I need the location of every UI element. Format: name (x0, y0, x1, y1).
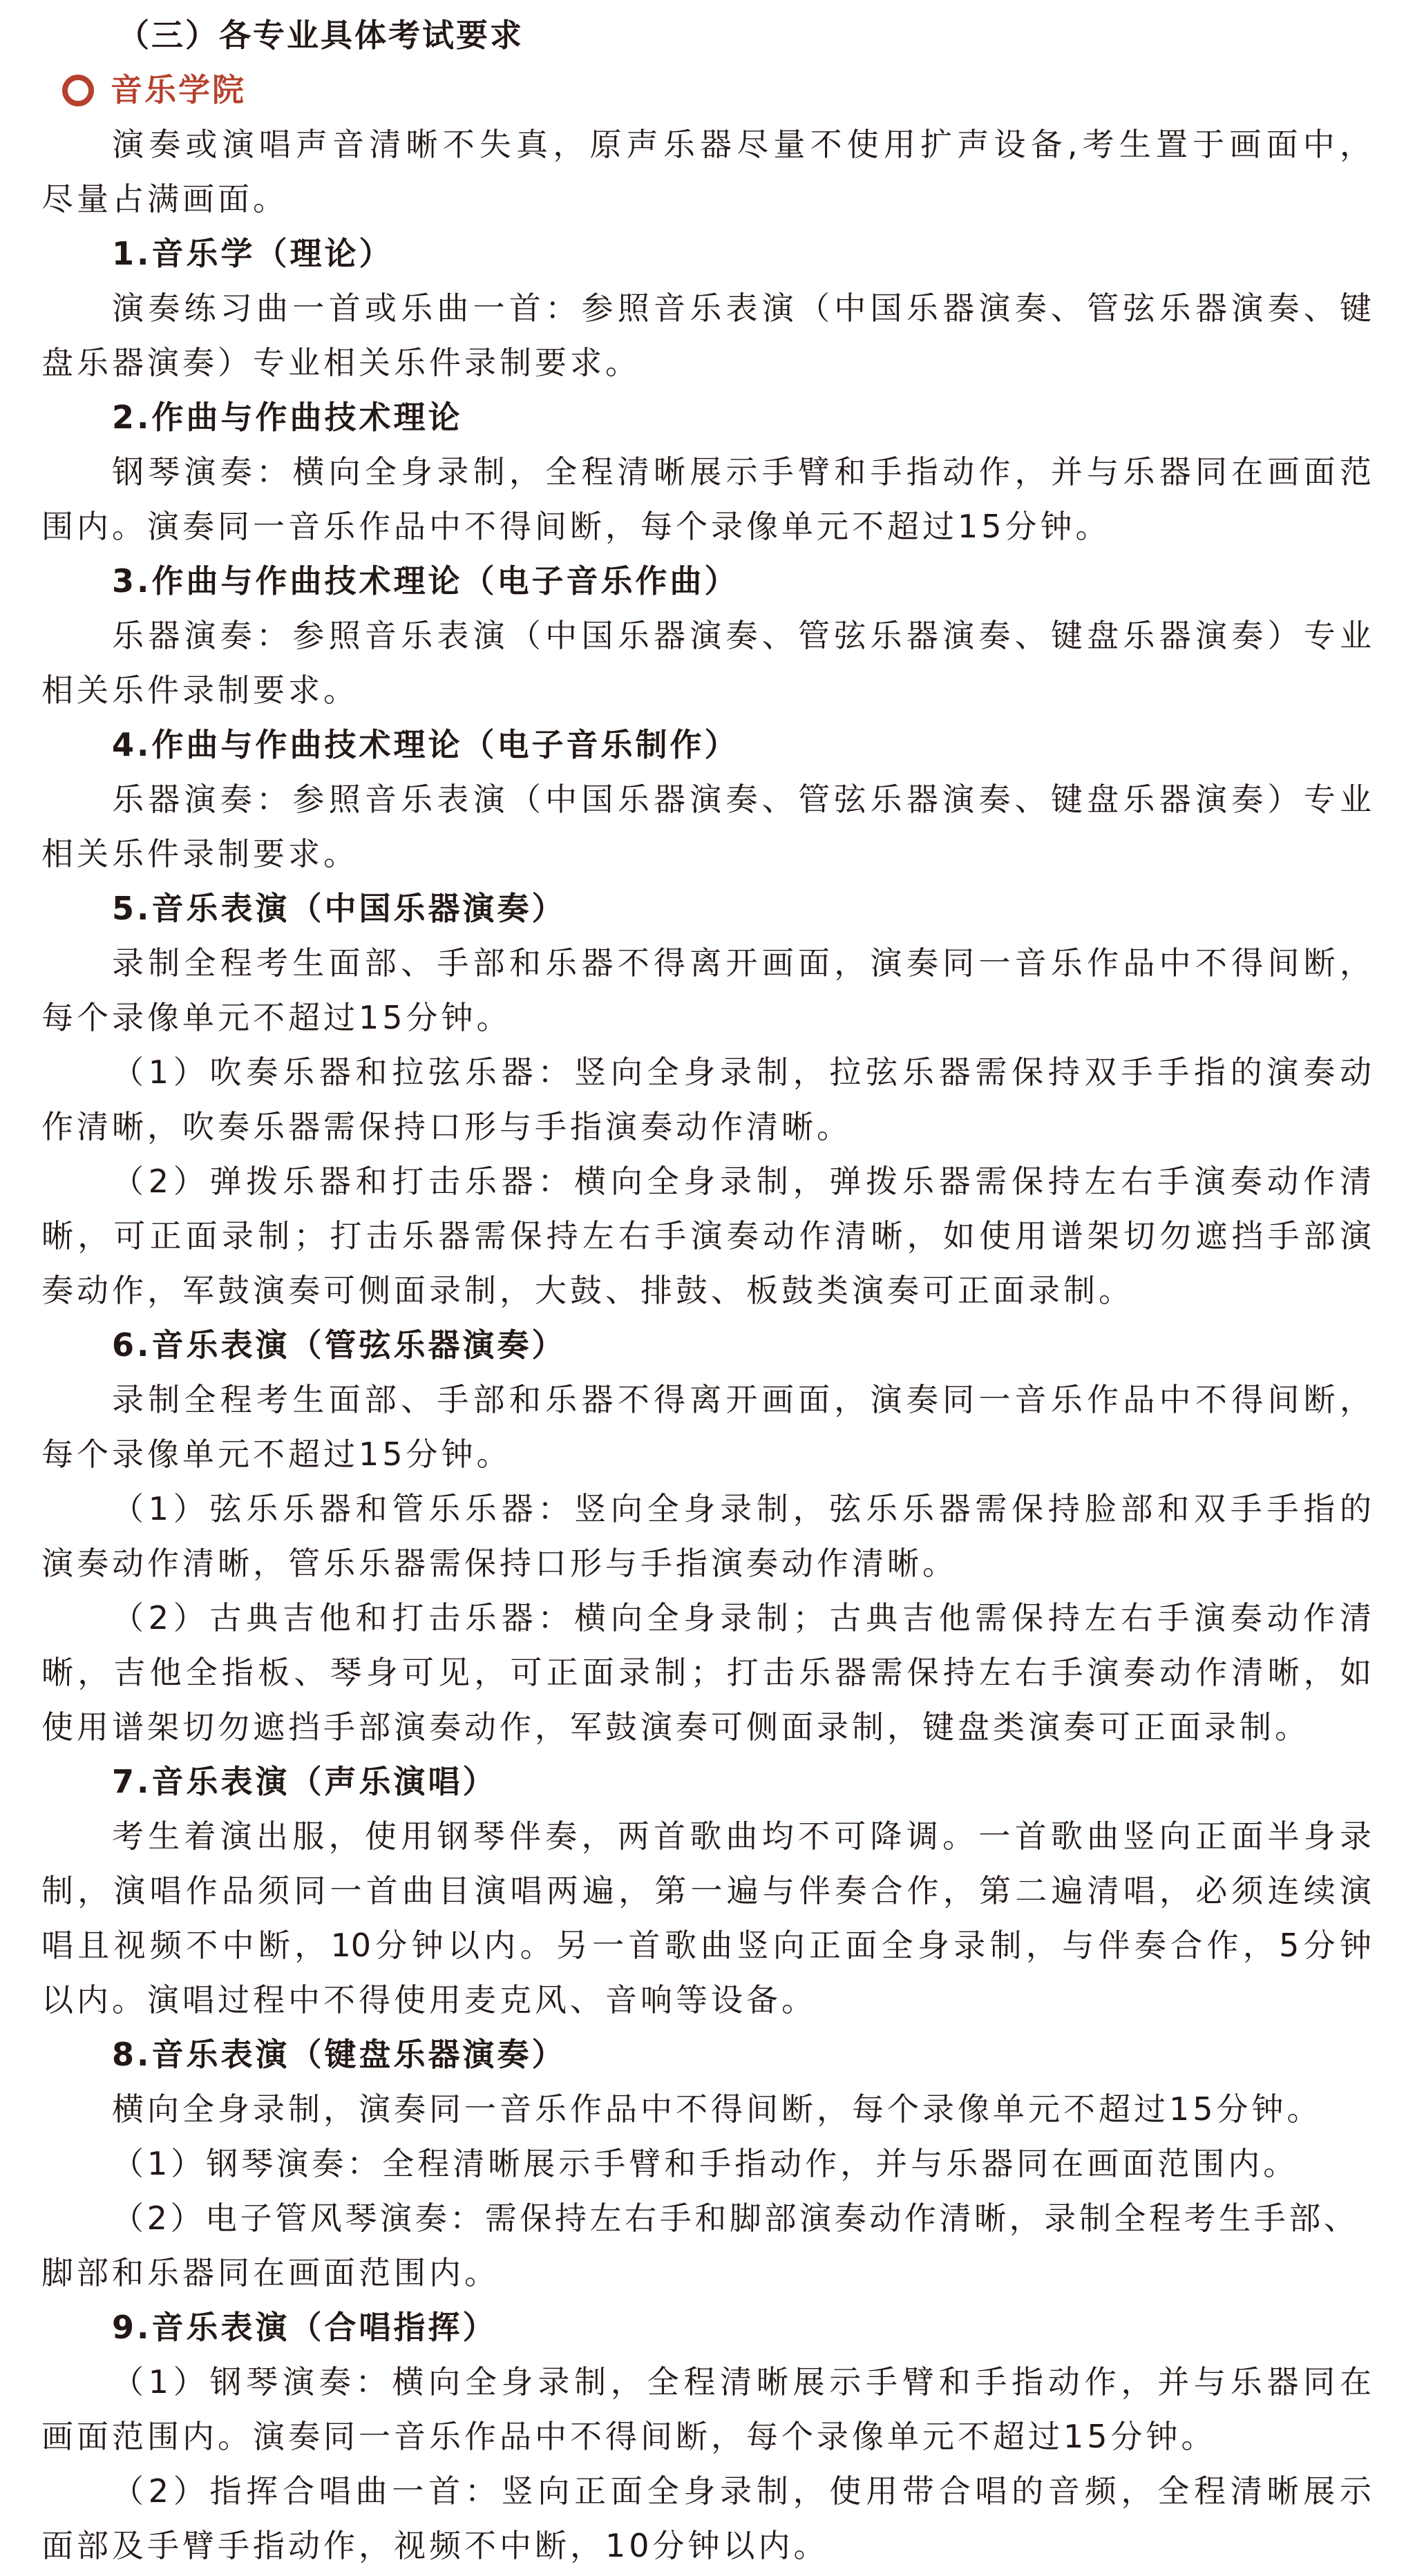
major-heading-3: 3.作曲与作曲技术理论（电子音乐作曲） (112, 554, 739, 609)
circle-ring-icon (62, 75, 94, 106)
paragraph-line: 每个录像单元不超过15分钟。 (41, 991, 512, 1045)
major-heading-8: 8.音乐表演（键盘乐器演奏） (112, 2028, 566, 2082)
section-heading: 音乐学院 (111, 63, 246, 117)
paragraph-line: 脚部和乐器同在画面范围内。 (41, 2246, 500, 2300)
paragraph-line: 相关乐件录制要求。 (41, 663, 359, 718)
paragraph-line: （2）电子管风琴演奏：需保持左右手和脚部演奏动作清晰，录制全程考生手部、 (112, 2191, 1356, 2246)
paragraph-line: 作清晰，吹奏乐器需保持口形与手指演奏动作清晰。 (41, 1100, 852, 1154)
paragraph-line: 钢琴演奏：横向全身录制，全程清晰展示手臂和手指动作，并与乐器同在画面范 (112, 445, 1371, 499)
paragraph-line: （1）钢琴演奏：横向全身录制，全程清晰展示手臂和手指动作，并与乐器同在 (112, 2355, 1371, 2410)
paragraph-line: （1）钢琴演奏：全程清晰展示手臂和手指动作，并与乐器同在画面范围内。 (112, 2137, 1298, 2191)
paragraph-line: 制，演唱作品须同一首曲目演唱两遍，第一遍与伴奏合作，第二遍清唱，必须连续演 (41, 1864, 1371, 1918)
paragraph-line: 录制全程考生面部、手部和乐器不得离开画面，演奏同一音乐作品中不得间断， (112, 1373, 1371, 1427)
paragraph-line: （2）指挥合唱曲一首：竖向正面全身录制，使用带合唱的音频，全程清晰展示 (112, 2464, 1371, 2519)
paragraph-line: （1）吹奏乐器和拉弦乐器：竖向全身录制，拉弦乐器需保持双手手指的演奏动 (112, 1045, 1371, 1100)
paragraph-line: 乐器演奏：参照音乐表演（中国乐器演奏、管弦乐器演奏、键盘乐器演奏）专业 (112, 772, 1371, 827)
document-page: （三）各专业具体考试要求 音乐学院 演奏或演唱声音清晰不失真，原声乐器尽量不使用… (0, 0, 1415, 2576)
paragraph-line: 唱且视频不中断，10分钟以内。另一首歌曲竖向正面全身录制，与伴奏合作，5分钟 (41, 1918, 1371, 1973)
paragraph-line: 以内。演唱过程中不得使用麦克风、音响等设备。 (41, 1973, 817, 2028)
major-heading-9: 9.音乐表演（合唱指挥） (112, 2300, 497, 2355)
paragraph-line: 使用谱架切勿遮挡手部演奏动作，军鼓演奏可侧面录制，键盘类演奏可正面录制。 (41, 1700, 1310, 1755)
paragraph-line: （1）弦乐乐器和管乐乐器：竖向全身录制，弦乐乐器需保持脸部和双手手指的 (112, 1482, 1371, 1536)
paragraph-line: 每个录像单元不超过15分钟。 (41, 1427, 512, 1482)
paragraph-line: 盘乐器演奏）专业相关乐件录制要求。 (41, 336, 640, 390)
paragraph-line: 录制全程考生面部、手部和乐器不得离开画面，演奏同一音乐作品中不得间断， (112, 936, 1371, 991)
page-title: （三）各专业具体考试要求 (117, 8, 524, 63)
paragraph-line: 围内。演奏同一音乐作品中不得间断，每个录像单元不超过15分钟。 (41, 499, 1111, 554)
paragraph-line: 横向全身录制，演奏同一音乐作品中不得间断，每个录像单元不超过15分钟。 (112, 2082, 1322, 2137)
major-heading-4: 4.作曲与作曲技术理论（电子音乐制作） (112, 718, 739, 772)
paragraph-line: （2）弹拨乐器和打击乐器：横向全身录制，弹拨乐器需保持左右手演奏动作清 (112, 1154, 1371, 1209)
major-heading-6: 6.音乐表演（管弦乐器演奏） (112, 1318, 566, 1373)
paragraph-line: 乐器演奏：参照音乐表演（中国乐器演奏、管弦乐器演奏、键盘乐器演奏）专业 (112, 609, 1371, 663)
major-heading-2: 2.作曲与作曲技术理论 (112, 390, 462, 445)
intro-line: 演奏或演唱声音清晰不失真，原声乐器尽量不使用扩声设备,考生置于画面中， (112, 117, 1371, 172)
paragraph-line: 晰，吉他全指板、琴身可见，可正面录制；打击乐器需保持左右手演奏动作清晰，如 (41, 1645, 1371, 1700)
paragraph-line: 演奏练习曲一首或乐曲一首：参照音乐表演（中国乐器演奏、管弦乐器演奏、键 (112, 281, 1371, 336)
paragraph-line: 画面范围内。演奏同一音乐作品中不得间断，每个录像单元不超过15分钟。 (41, 2410, 1217, 2464)
paragraph-line: 演奏动作清晰，管乐乐器需保持口形与手指演奏动作清晰。 (41, 1536, 958, 1591)
paragraph-line: 面部及手臂手指动作，视频不中断，10分钟以内。 (41, 2519, 829, 2573)
major-heading-5: 5.音乐表演（中国乐器演奏） (112, 881, 566, 936)
major-heading-7: 7.音乐表演（声乐演唱） (112, 1755, 497, 1809)
paragraph-line: 考生着演出服，使用钢琴伴奏，两首歌曲均不可降调。一首歌曲竖向正面半身录 (112, 1809, 1371, 1864)
intro-line: 尽量占满画面。 (41, 172, 288, 227)
paragraph-line: 晰，可正面录制；打击乐器需保持左右手演奏动作清晰，如使用谱架切勿遮挡手部演 (41, 1209, 1371, 1263)
paragraph-line: （2）古典吉他和打击乐器：横向全身录制；古典吉他需保持左右手演奏动作清 (112, 1591, 1371, 1645)
paragraph-line: 相关乐件录制要求。 (41, 827, 359, 881)
major-heading-1: 1.音乐学（理论） (112, 227, 393, 281)
paragraph-line: 奏动作，军鼓演奏可侧面录制，大鼓、排鼓、板鼓类演奏可正面录制。 (41, 1263, 1134, 1318)
